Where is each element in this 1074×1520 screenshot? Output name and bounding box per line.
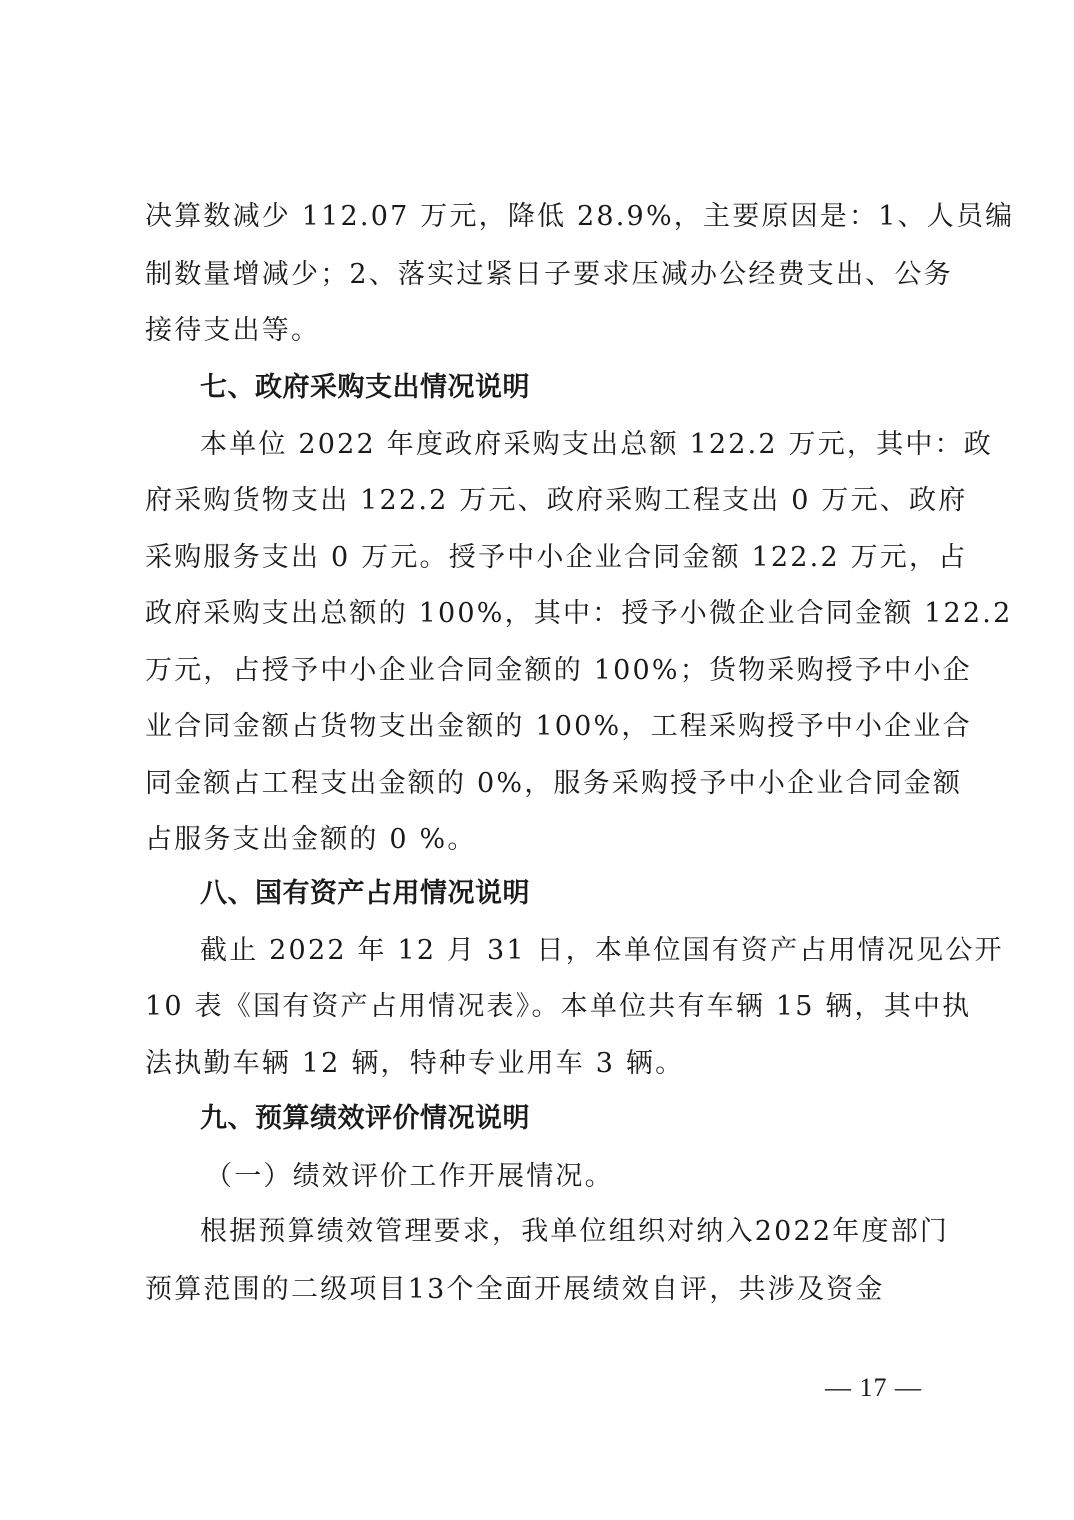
section-heading-government-procurement: 七、政府采购支出情况说明 — [200, 368, 990, 408]
paragraph-line: 政府采购支出总额的 100%，其中：授予小微企业合同金额 122.2 — [145, 594, 935, 634]
section-heading-state-assets: 八、国有资产占用情况说明 — [200, 874, 990, 914]
paragraph-line: 决算数减少 112.07 万元，降低 28.9%，主要原因是：1、人员编 — [145, 197, 935, 237]
paragraph-line: 同金额占工程支出金额的 0%，服务采购授予中小企业合同金额 — [145, 764, 935, 804]
subsection-heading: （一）绩效评价工作开展情况。 — [205, 1157, 995, 1197]
paragraph-line: 截止 2022 年 12 月 31 日，本单位国有资产占用情况见公开 — [200, 931, 935, 971]
paragraph-line: 制数量增减少；2、落实过紧日子要求压减办公经费支出、公务 — [145, 255, 935, 295]
paragraph-line: 法执勤车辆 12 辆，特种专业用车 3 辆。 — [145, 1044, 935, 1084]
document-page: 决算数减少 112.07 万元，降低 28.9%，主要原因是：1、人员编 制数量… — [0, 0, 1074, 1520]
section-heading-performance-evaluation: 九、预算绩效评价情况说明 — [200, 1099, 990, 1139]
paragraph-line: 接待支出等。 — [145, 311, 935, 351]
paragraph-line: 10 表《国有资产占用情况表》。本单位共有车辆 15 辆，其中执 — [145, 987, 935, 1027]
paragraph-line: 占服务支出金额的 0 %。 — [145, 820, 935, 860]
paragraph-line: 业合同金额占货物支出金额的 100%，工程采购授予中小企业合 — [145, 707, 935, 747]
paragraph-line: 预算范围的二级项目13个全面开展绩效自评，共涉及资金 — [145, 1270, 935, 1310]
paragraph-line: 本单位 2022 年度政府采购支出总额 122.2 万元，其中：政 — [200, 425, 935, 465]
paragraph-line: 万元，占授予中小企业合同金额的 100%；货物采购授予中小企 — [145, 651, 935, 691]
paragraph-line: 采购服务支出 0 万元。授予中小企业合同金额 122.2 万元，占 — [145, 538, 935, 578]
paragraph-line: 府采购货物支出 122.2 万元、政府采购工程支出 0 万元、政府 — [145, 481, 935, 521]
paragraph-line: 根据预算绩效管理要求，我单位组织对纳入2022年度部门 — [200, 1212, 935, 1252]
page-number: — 17 — — [825, 1368, 922, 1408]
